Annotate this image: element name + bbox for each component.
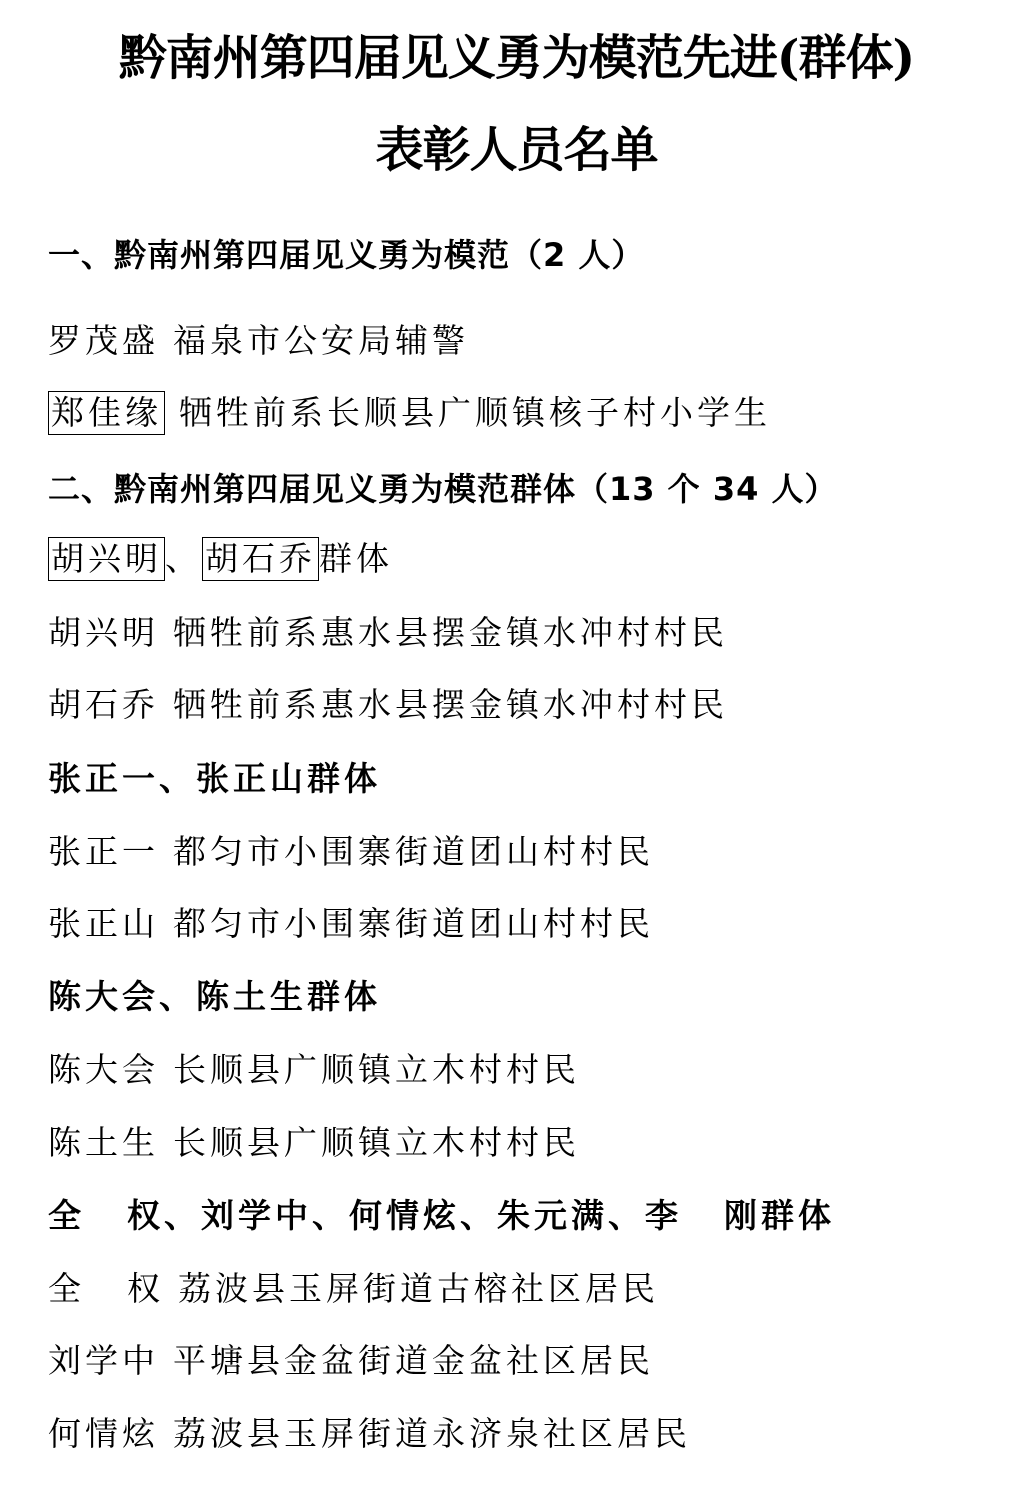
list-item: 张正山都匀市小围寨街道团山村村民 [48, 901, 654, 947]
list-item: 何情炫荔波县玉屏街道永济泉社区居民 [48, 1411, 691, 1457]
person-name: 陈土生 [48, 1123, 159, 1162]
person-description: 牺牲前系惠水县摆金镇水冲村村民 [173, 685, 728, 724]
list-item: 陈大会长顺县广顺镇立木村村民 [48, 1047, 580, 1093]
list-item: 刘学中平塘县金盆街道金盆社区居民 [48, 1338, 654, 1384]
person-description: 荔波县玉屏街道古榕社区居民 [178, 1269, 659, 1308]
person-description: 牺牲前系长顺县广顺镇核子村小学生 [179, 393, 771, 432]
group-title-part: 全 [48, 1196, 85, 1235]
person-description: 长顺县广顺镇立木村村民 [173, 1050, 580, 1089]
person-description: 长顺县广顺镇立木村村民 [173, 1123, 580, 1162]
person-description: 都匀市小围寨街道团山村村民 [173, 904, 654, 943]
person-name: 刘学中 [48, 1341, 159, 1380]
person-name: 张正一 [48, 832, 159, 871]
group-suffix: 群体 [319, 539, 393, 578]
group-member-name-boxed: 胡石乔 [202, 537, 319, 581]
section-heading-groups: 二、黔南州第四届见义勇为模范群体（13 个 34 人） [48, 466, 838, 512]
group-title: 胡兴明、胡石乔群体 [48, 536, 393, 582]
list-item: 张正一都匀市小围寨街道团山村村民 [48, 829, 654, 875]
person-name: 何情炫 [48, 1414, 159, 1453]
document-title-line-2: 表彰人员名单 [0, 120, 1033, 180]
person-name: 胡石乔 [48, 685, 159, 724]
section-heading-models: 一、黔南州第四届见义勇为模范（2 人） [48, 232, 644, 278]
person-description: 平塘县金盆街道金盆社区居民 [173, 1341, 654, 1380]
person-description: 牺牲前系惠水县摆金镇水冲村村民 [173, 613, 728, 652]
person-description: 荔波县玉屏街道永济泉社区居民 [173, 1414, 691, 1453]
person-name: 张正山 [48, 904, 159, 943]
person-description: 都匀市小围寨街道团山村村民 [173, 832, 654, 871]
person-name: 罗茂盛 [48, 321, 159, 360]
group-member-name-boxed: 胡兴明 [48, 537, 165, 581]
person-description: 福泉市公安局辅警 [173, 321, 469, 360]
person-name: 胡兴明 [48, 613, 159, 652]
separator: 、 [165, 539, 202, 578]
person-name: 陈大会 [48, 1050, 159, 1089]
group-title: 全权、刘学中、何情炫、朱元满、李刚群体 [48, 1193, 835, 1239]
list-item: 全权荔波县玉屏街道古榕社区居民 [48, 1266, 659, 1312]
person-name-boxed: 郑佳缘 [48, 391, 165, 435]
list-item: 郑佳缘牺牲前系长顺县广顺镇核子村小学生 [48, 390, 771, 436]
list-item: 胡兴明牺牲前系惠水县摆金镇水冲村村民 [48, 610, 728, 656]
document-title-line-1: 黔南州第四届见义勇为模范先进(群体) [0, 28, 1033, 88]
group-title-part: 刚群体 [724, 1196, 835, 1235]
group-title: 陈大会、陈土生群体 [48, 974, 381, 1020]
list-item: 陈土生长顺县广顺镇立木村村民 [48, 1120, 580, 1166]
list-item: 胡石乔牺牲前系惠水县摆金镇水冲村村民 [48, 682, 728, 728]
person-name-part: 全 [48, 1269, 85, 1308]
person-name-part: 权 [127, 1269, 164, 1308]
list-item: 罗茂盛福泉市公安局辅警 [48, 318, 469, 364]
group-title: 张正一、张正山群体 [48, 756, 381, 802]
group-title-part: 权、刘学中、何情炫、朱元满、李 [127, 1196, 682, 1235]
